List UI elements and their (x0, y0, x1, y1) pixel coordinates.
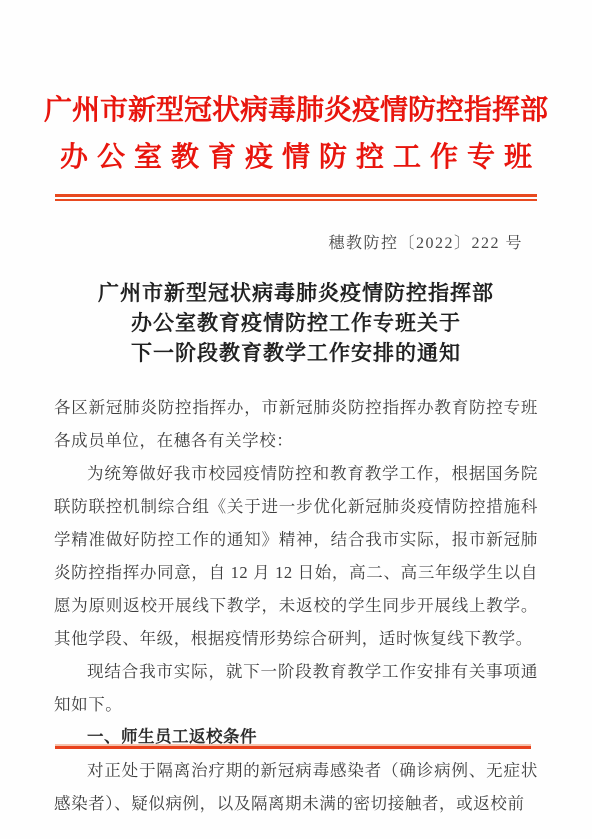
notice-title-line-3: 下一阶段教育教学工作安排的通知 (0, 338, 592, 368)
paragraph-isolation-truncated: 对正处于隔离治疗期的新冠病毒感染者（确诊病例、无症状感染者）、疑似病例，以及隔离… (54, 754, 538, 820)
section-1-heading: 一、师生员工返校条件 (54, 721, 538, 754)
notice-body: 各区新冠肺炎防控指挥办，市新冠肺炎防控指挥办教育防控专班各成员单位，在穗各有关学… (54, 391, 538, 820)
notice-title-line-2: 办公室教育疫情防控工作专班关于 (0, 308, 592, 338)
paragraph-overview: 为统筹做好我市校园疫情防控和教育教学工作，根据国务院联防联控机制综合组《关于进一… (54, 457, 538, 655)
red-double-separator-rule (55, 194, 537, 201)
paragraph-transition: 现结合我市实际，就下一阶段教育教学工作安排有关事项通知如下。 (54, 655, 538, 721)
notice-title: 广州市新型冠状病毒肺炎疫情防控指挥部 办公室教育疫情防控工作专班关于 下一阶段教… (0, 278, 592, 368)
letterhead-line-1: 广州市新型冠状病毒肺炎疫情防控指挥部 (0, 86, 592, 135)
document-number: 穗教防控〔2022〕222 号 (0, 234, 592, 254)
notice-title-line-1: 广州市新型冠状病毒肺炎疫情防控指挥部 (0, 278, 592, 308)
recipients-line: 各区新冠肺炎防控指挥办，市新冠肺炎防控指挥办教育防控专班各成员单位，在穗各有关学… (54, 391, 538, 457)
document-page: 广州市新型冠状病毒肺炎疫情防控指挥部 办公室教育疫情防控工作专班 穗教防控〔20… (0, 0, 592, 839)
letterhead-line-2: 办公室教育疫情防控工作专班 (0, 135, 592, 181)
bottom-red-rule (55, 744, 531, 749)
letterhead: 广州市新型冠状病毒肺炎疫情防控指挥部 办公室教育疫情防控工作专班 (0, 0, 592, 181)
